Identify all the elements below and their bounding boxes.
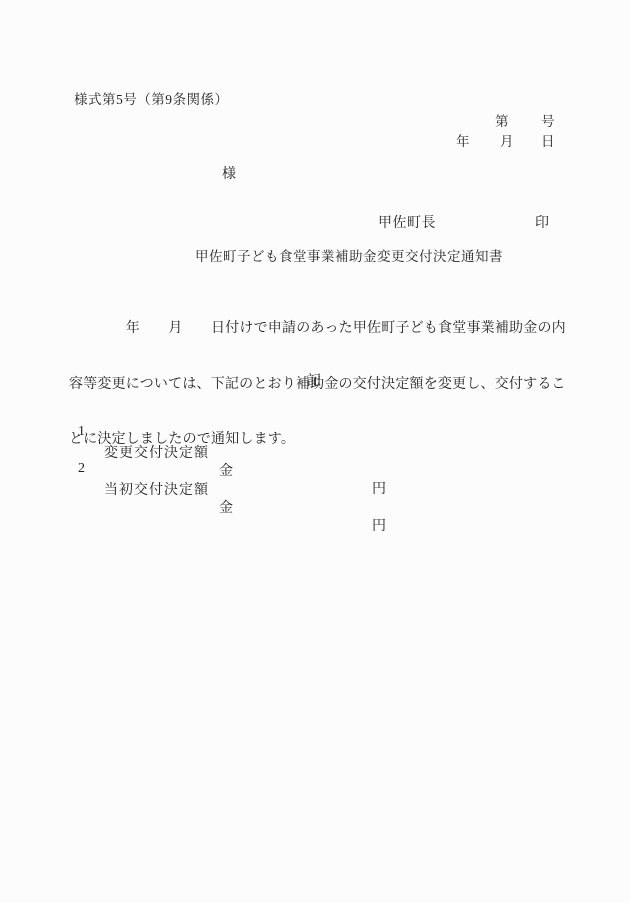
item-row-changed-amount: 1 変更交付決定額 金 円 xyxy=(0,406,630,424)
document-number-prefix: 第 xyxy=(495,110,509,130)
document-number-suffix: 号 xyxy=(541,110,555,130)
date-month-label: 月 xyxy=(500,130,514,150)
document-page: 様式第5号（第9条関係） 第 号 年 月 日 様 甲佐町長 印 甲佐町子ども食堂… xyxy=(0,0,630,903)
item-number: 2 xyxy=(78,461,85,477)
item-number: 1 xyxy=(78,424,85,440)
date-year-label: 年 xyxy=(456,130,470,150)
document-title: 甲佐町子ども食堂事業補助金変更交付決定通知書 xyxy=(195,245,503,265)
currency-unit-yen: 円 xyxy=(372,478,386,498)
currency-prefix: 金 xyxy=(219,497,233,517)
item-label-initial-grant-amount: 当初交付決定額 xyxy=(104,479,209,499)
seal-placeholder: 印 xyxy=(535,212,549,232)
addressee-honorific: 様 xyxy=(222,163,236,183)
date-day-label: 日 xyxy=(541,130,555,150)
note-marker: 記 xyxy=(307,370,321,390)
body-line-1: 年 月 日付けで申請のあった甲佐町子ども食堂事業補助金の内 xyxy=(69,320,566,339)
currency-prefix: 金 xyxy=(219,460,233,480)
item-row-initial-amount: 2 当初交付決定額 金 円 xyxy=(0,443,630,461)
form-number: 様式第5号（第9条関係） xyxy=(74,88,229,108)
sender-title: 甲佐町長 xyxy=(378,212,436,232)
currency-unit-yen: 円 xyxy=(372,515,386,535)
